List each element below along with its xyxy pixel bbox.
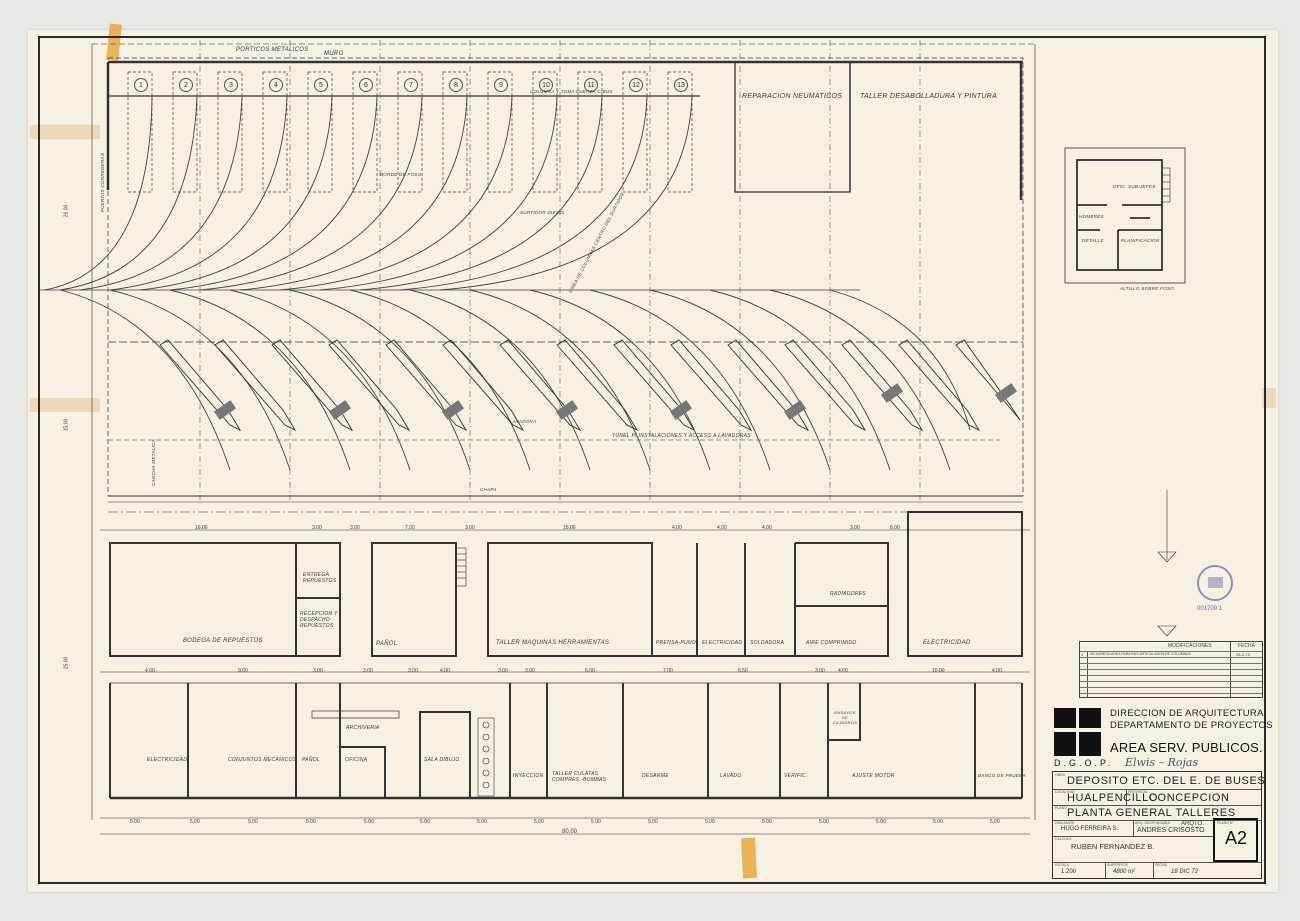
bay-number: 4 <box>269 78 283 92</box>
sheet-number: A2 <box>1225 828 1247 849</box>
dim-height-lower: 25.00 <box>63 657 69 670</box>
date: 18 DIC 72 <box>1171 869 1198 875</box>
dim: 5.00 <box>190 819 200 825</box>
room-taller-culatas: TALLER CULATAS COMPRES.-BOMBAS <box>552 771 616 783</box>
dim: 4.00 <box>717 525 727 531</box>
drawing-title: PLANTA GENERAL TALLERES <box>1067 807 1236 819</box>
inset-room-detalle: DETALLE <box>1082 238 1104 243</box>
room-verific: VERIFIC. <box>784 773 808 779</box>
label-chapa: CHAPA <box>480 487 497 492</box>
bay-number: 7 <box>404 78 418 92</box>
org-line-1: DIRECCION DE ARQUITECTURA <box>1110 708 1264 719</box>
dim: 5.00 <box>248 819 258 825</box>
bay-number: 13 <box>674 78 688 92</box>
room-bodega-repuestos: BODEGA DE REPUESTOS <box>183 638 263 644</box>
stamp-number: 001709 1 <box>1197 606 1222 612</box>
dim: 3.00 <box>850 525 860 531</box>
dim: 4.00 <box>145 668 155 674</box>
architect: ANDRES CRISOSTO <box>1137 827 1205 834</box>
dim: 5.00 <box>876 819 886 825</box>
dim: 4.00 <box>440 668 450 674</box>
dim: 5.00 <box>648 819 658 825</box>
seal-stamp <box>1197 565 1233 601</box>
drawn-by: HUGO FERREIRA S. <box>1061 826 1118 832</box>
room-recepcion-despacho: RECEPCION Y DESPACHO REPUESTOS <box>300 611 338 629</box>
room-desarme: DESARME <box>642 773 669 779</box>
dim: 3.00 <box>815 668 825 674</box>
label-surtidor: SURTIDOR DIESEL <box>520 210 565 215</box>
room-taller-maquinas: TALLER MAQUINAS HERRAMIENTAS <box>496 640 609 646</box>
dim: 5.00 <box>705 819 715 825</box>
bay-number: 12 <box>629 78 643 92</box>
area-label: AREA SERV. PUBLICOS. <box>1110 740 1263 755</box>
bay-number: 2 <box>179 78 193 92</box>
dim: 3.00 <box>465 525 475 531</box>
label-muro: MURO <box>324 51 344 57</box>
dim: 4.00 <box>838 668 848 674</box>
bay-number: 9 <box>494 78 508 92</box>
bay-number: 1 <box>134 78 148 92</box>
sheet-number-box: A2 PLANO Nº <box>1213 818 1258 862</box>
bay-number: 3 <box>224 78 238 92</box>
dim: 5.00 <box>990 819 1000 825</box>
room-taller-desabolladura: TALLER DESABOLLADURA Y PINTURA <box>860 93 997 100</box>
inset-room-hombres: HOMBRES <box>1079 214 1104 219</box>
room-radiadores: RADIADORES <box>830 591 866 597</box>
dim: 8.00 <box>890 525 900 531</box>
dim: 5.00 <box>477 819 487 825</box>
mod-row-text: SE AGREGA AREA PARA BUS ARTICULADOS DE C… <box>1090 652 1191 656</box>
dim-total-length: 80.00 <box>562 829 577 835</box>
signature: Elwis – Rojas <box>1125 756 1198 769</box>
room-sala-dibujo: SALA DIBUJO <box>424 757 460 763</box>
bay-number: 5 <box>314 78 328 92</box>
dim: 3.00 <box>312 525 322 531</box>
dim: 3.00 <box>408 668 418 674</box>
label-cancha: CANCHA METALICA <box>151 439 156 486</box>
province: CONCEPCION <box>1149 792 1230 804</box>
surface: 4800 m² <box>1113 869 1135 875</box>
dim-height-top: 26.00 <box>63 205 69 218</box>
scale: 1:200 <box>1061 869 1076 875</box>
modifications-table: MODIFICACIONES FECHA 1 SE AGREGA AREA PA… <box>1079 641 1263 698</box>
dim: 3.00 <box>350 525 360 531</box>
dim: 5.00 <box>306 819 316 825</box>
dim: 15.00 <box>563 525 576 531</box>
dim: 4.00 <box>762 525 772 531</box>
label-puertas-correderas: PUERTAS CORREDERAS <box>100 153 105 212</box>
bay-number: 6 <box>359 78 373 92</box>
room-banco-prueba: BANCO DE PRUEBA <box>978 773 1026 778</box>
agency-label: D.G.O.P. <box>1054 758 1113 768</box>
room-panol-bottom: PAÑOL <box>302 757 320 763</box>
label-porticos: PORTICOS METALICOS <box>236 47 309 53</box>
label-columna: COLUMNA Y TOMA FUERZA C/BUS <box>530 89 613 94</box>
dim: 3.00 <box>498 668 508 674</box>
dim: 10.00 <box>932 668 945 674</box>
room-oficina: OFICINA <box>345 757 367 763</box>
room-prensa: PRENSA-PUNO <box>656 640 696 646</box>
dim: 3.00 <box>525 668 535 674</box>
dim: 5.00 <box>534 819 544 825</box>
dim: 6.50 <box>738 668 748 674</box>
dim: 3.00 <box>313 668 323 674</box>
mods-header: MODIFICACIONES <box>1168 643 1212 649</box>
location: HUALPENCILLO <box>1067 792 1158 804</box>
room-archiveria: ARCHIVERIA <box>346 725 380 731</box>
dim: 5.00 <box>762 819 772 825</box>
dim: 5.00 <box>591 819 601 825</box>
dim: 5.00 <box>933 819 943 825</box>
dim: 9.00 <box>238 668 248 674</box>
mopt-logo <box>1054 708 1104 758</box>
label-lavadora: LAVADORA <box>510 419 536 424</box>
room-electricidad-mid: ELECTRICIDAD <box>702 640 742 646</box>
dim: 4.00 <box>672 525 682 531</box>
room-lavado: LAVADO <box>720 773 742 779</box>
dim: 6.00 <box>585 668 595 674</box>
bay-number: 8 <box>449 78 463 92</box>
inset-room-planificacion: PLANIFICACION <box>1121 238 1159 243</box>
dim: 4.00 <box>992 668 1002 674</box>
dim: 5.00 <box>364 819 374 825</box>
room-ajuste-motor: AJUSTE MOTOR <box>852 773 895 779</box>
dim: 7.00 <box>405 525 415 531</box>
dim: 16.00 <box>195 525 208 531</box>
dim: 3.00 <box>363 668 373 674</box>
room-inyeccion: INYECCION <box>513 773 543 779</box>
room-conjuntos-mecanicos: CONJUNTOS MECANICOS <box>228 757 296 763</box>
room-electricidad-right: ELECTRICIDAD <box>923 640 971 646</box>
room-electricidad-bottom: ELECTRICIDAD <box>147 757 187 763</box>
room-reparacion-neumaticos: REPARACION NEUMATICOS <box>742 93 842 100</box>
org-line-2: DEPARTAMENTO DE PROYECTOS <box>1110 720 1273 731</box>
dim: 7.00 <box>663 668 673 674</box>
dim-height-mid: 15.00 <box>63 419 69 432</box>
dim: 5.00 <box>819 819 829 825</box>
dim: 5.00 <box>130 819 140 825</box>
room-aire-comprimido: AIRE COMPRIMIDO <box>806 640 857 646</box>
room-ensayos-cilindros: ENSAYOS DE CILINDROS <box>831 710 859 725</box>
label-foso: BORDE DE FOSO <box>380 172 421 177</box>
inset-room-ofic: OFIC. SUB-JEFES <box>1113 184 1156 189</box>
inset-caption: ALTILLO SOBRE FOSO <box>1120 286 1174 291</box>
room-panol: PAÑOL <box>376 641 397 647</box>
room-entrega-repuestos: ENTREGA REPUESTOS <box>303 572 337 584</box>
label-tunel: TUNEL P/ INSTALACIONES Y ACCESO A LAVADO… <box>612 433 751 439</box>
mod-row-date: 28-2-73 <box>1236 652 1250 657</box>
dim: 5.00 <box>420 819 430 825</box>
room-soldadora: SOLDADORA <box>750 640 784 646</box>
calculist: RUBEN FERNANDEZ B. <box>1071 842 1154 851</box>
mods-date-header: FECHA <box>1238 643 1255 649</box>
project-name: DEPOSITO ETC. DEL E. DE BUSES <box>1067 775 1265 787</box>
